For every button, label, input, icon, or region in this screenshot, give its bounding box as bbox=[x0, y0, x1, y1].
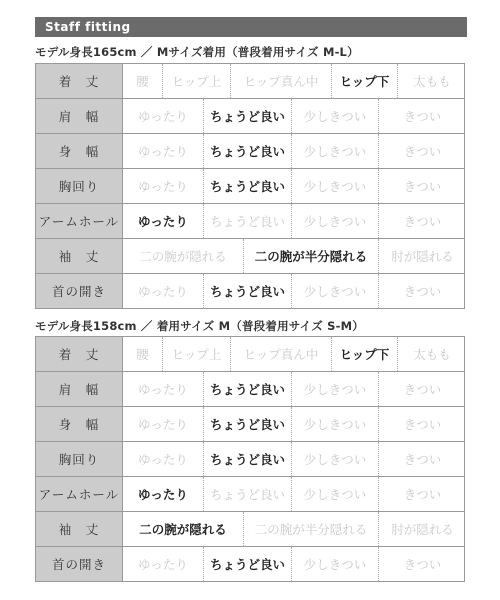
option: きつい bbox=[378, 372, 466, 406]
option: きつい bbox=[378, 407, 466, 441]
fit-row-armhole: アームホールゆったりちょうど良い少しきついきつい bbox=[36, 477, 464, 512]
option-selected: 二の腕が半分隠れる bbox=[243, 239, 378, 273]
fit-row-length: 着 丈腰ヒップ上ヒップ真ん中ヒップ下太もも bbox=[36, 64, 464, 99]
option: ゆったり bbox=[123, 274, 203, 308]
option: ヒップ真ん中 bbox=[230, 337, 331, 371]
fit-row-body-width: 身 幅ゆったりちょうど良い少しきついきつい bbox=[36, 407, 464, 442]
option-selected: ちょうど良い bbox=[203, 407, 291, 441]
option: 二の腕が半分隠れる bbox=[243, 512, 378, 546]
row-options: ゆったりちょうど良い少しきついきつい bbox=[123, 547, 466, 581]
option: 少しきつい bbox=[291, 204, 378, 238]
row-label: 身 幅 bbox=[36, 134, 123, 168]
row-options: ゆったりちょうど良い少しきついきつい bbox=[123, 274, 466, 308]
staff-fitting-header: Staff fitting bbox=[35, 17, 467, 37]
row-label: アームホール bbox=[36, 477, 123, 511]
option: ゆったり bbox=[123, 99, 203, 133]
option: 少しきつい bbox=[291, 442, 378, 476]
row-label: 首の開き bbox=[36, 274, 123, 308]
option-selected: ヒップ下 bbox=[331, 337, 397, 371]
option: 少しきつい bbox=[291, 547, 378, 581]
option: きつい bbox=[378, 134, 466, 168]
row-options: ゆったりちょうど良い少しきついきつい bbox=[123, 204, 466, 238]
option: 腰 bbox=[123, 64, 162, 98]
option: 二の腕が隠れる bbox=[123, 239, 243, 273]
option-selected: ちょうど良い bbox=[203, 274, 291, 308]
row-label: 着 丈 bbox=[36, 64, 123, 98]
option: ゆったり bbox=[123, 169, 203, 203]
option: ヒップ真ん中 bbox=[230, 64, 331, 98]
row-options: ゆったりちょうど良い少しきついきつい bbox=[123, 169, 466, 203]
fit-row-shoulder-width: 肩 幅ゆったりちょうど良い少しきついきつい bbox=[36, 372, 464, 407]
option-selected: ヒップ下 bbox=[331, 64, 397, 98]
option: 少しきつい bbox=[291, 372, 378, 406]
fit-row-chest: 胸回りゆったりちょうど良い少しきついきつい bbox=[36, 169, 464, 204]
row-options: 腰ヒップ上ヒップ真ん中ヒップ下太もも bbox=[123, 337, 466, 371]
row-label: 袖 丈 bbox=[36, 239, 123, 273]
fitting-table-158: 着 丈腰ヒップ上ヒップ真ん中ヒップ下太もも肩 幅ゆったりちょうど良い少しきついき… bbox=[35, 336, 465, 582]
option: 少しきつい bbox=[291, 99, 378, 133]
row-options: ゆったりちょうど良い少しきついきつい bbox=[123, 442, 466, 476]
row-label: 肩 幅 bbox=[36, 99, 123, 133]
row-label: 首の開き bbox=[36, 547, 123, 581]
row-label: 胸回り bbox=[36, 442, 123, 476]
option: 腰 bbox=[123, 337, 162, 371]
fit-row-chest: 胸回りゆったりちょうど良い少しきついきつい bbox=[36, 442, 464, 477]
option-selected: ゆったり bbox=[123, 204, 203, 238]
row-options: ゆったりちょうど良い少しきついきつい bbox=[123, 134, 466, 168]
row-label: 袖 丈 bbox=[36, 512, 123, 546]
row-options: 腰ヒップ上ヒップ真ん中ヒップ下太もも bbox=[123, 64, 466, 98]
option: 太もも bbox=[397, 337, 466, 371]
option: 少しきつい bbox=[291, 169, 378, 203]
fit-row-sleeve-length: 袖 丈二の腕が隠れる二の腕が半分隠れる肘が隠れる bbox=[36, 512, 464, 547]
option: 少しきつい bbox=[291, 134, 378, 168]
fit-row-neck-opening: 首の開きゆったりちょうど良い少しきついきつい bbox=[36, 547, 464, 582]
row-options: 二の腕が隠れる二の腕が半分隠れる肘が隠れる bbox=[123, 239, 466, 273]
option: ゆったり bbox=[123, 372, 203, 406]
row-options: ゆったりちょうど良い少しきついきつい bbox=[123, 99, 466, 133]
section-title-165: モデル身長165cm ／ Mサイズ着用（普段着用サイズ M-L） bbox=[35, 44, 359, 60]
row-options: ゆったりちょうど良い少しきついきつい bbox=[123, 407, 466, 441]
option: きつい bbox=[378, 99, 466, 133]
option-selected: ちょうど良い bbox=[203, 169, 291, 203]
option-selected: ゆったり bbox=[123, 477, 203, 511]
option: ヒップ上 bbox=[162, 64, 230, 98]
option: ちょうど良い bbox=[203, 477, 291, 511]
option-selected: ちょうど良い bbox=[203, 99, 291, 133]
option: ゆったり bbox=[123, 407, 203, 441]
fit-row-neck-opening: 首の開きゆったりちょうど良い少しきついきつい bbox=[36, 274, 464, 309]
option: きつい bbox=[378, 204, 466, 238]
fit-row-shoulder-width: 肩 幅ゆったりちょうど良い少しきついきつい bbox=[36, 99, 464, 134]
option: きつい bbox=[378, 477, 466, 511]
row-label: アームホール bbox=[36, 204, 123, 238]
option: きつい bbox=[378, 547, 466, 581]
option: ヒップ上 bbox=[162, 337, 230, 371]
row-options: 二の腕が隠れる二の腕が半分隠れる肘が隠れる bbox=[123, 512, 466, 546]
option: ゆったり bbox=[123, 134, 203, 168]
row-label: 胸回り bbox=[36, 169, 123, 203]
row-label: 身 幅 bbox=[36, 407, 123, 441]
option-selected: ちょうど良い bbox=[203, 372, 291, 406]
fit-row-body-width: 身 幅ゆったりちょうど良い少しきついきつい bbox=[36, 134, 464, 169]
option-selected: ちょうど良い bbox=[203, 547, 291, 581]
option-selected: 二の腕が隠れる bbox=[123, 512, 243, 546]
section-title-158: モデル身長158cm ／ 着用サイズ M（普段着用サイズ S-M） bbox=[35, 318, 364, 334]
option: 肘が隠れる bbox=[378, 239, 466, 273]
option: 太もも bbox=[397, 64, 466, 98]
fit-row-armhole: アームホールゆったりちょうど良い少しきついきつい bbox=[36, 204, 464, 239]
option: 少しきつい bbox=[291, 407, 378, 441]
row-label: 肩 幅 bbox=[36, 372, 123, 406]
option: きつい bbox=[378, 442, 466, 476]
option: 少しきつい bbox=[291, 477, 378, 511]
fitting-table-165: 着 丈腰ヒップ上ヒップ真ん中ヒップ下太もも肩 幅ゆったりちょうど良い少しきついき… bbox=[35, 63, 465, 309]
row-label: 着 丈 bbox=[36, 337, 123, 371]
option: 少しきつい bbox=[291, 274, 378, 308]
row-options: ゆったりちょうど良い少しきついきつい bbox=[123, 477, 466, 511]
option: ゆったり bbox=[123, 547, 203, 581]
option: ちょうど良い bbox=[203, 204, 291, 238]
option: 肘が隠れる bbox=[378, 512, 466, 546]
row-options: ゆったりちょうど良い少しきついきつい bbox=[123, 372, 466, 406]
fit-row-sleeve-length: 袖 丈二の腕が隠れる二の腕が半分隠れる肘が隠れる bbox=[36, 239, 464, 274]
option-selected: ちょうど良い bbox=[203, 442, 291, 476]
option-selected: ちょうど良い bbox=[203, 134, 291, 168]
option: きつい bbox=[378, 169, 466, 203]
option: ゆったり bbox=[123, 442, 203, 476]
option: きつい bbox=[378, 274, 466, 308]
fit-row-length: 着 丈腰ヒップ上ヒップ真ん中ヒップ下太もも bbox=[36, 337, 464, 372]
